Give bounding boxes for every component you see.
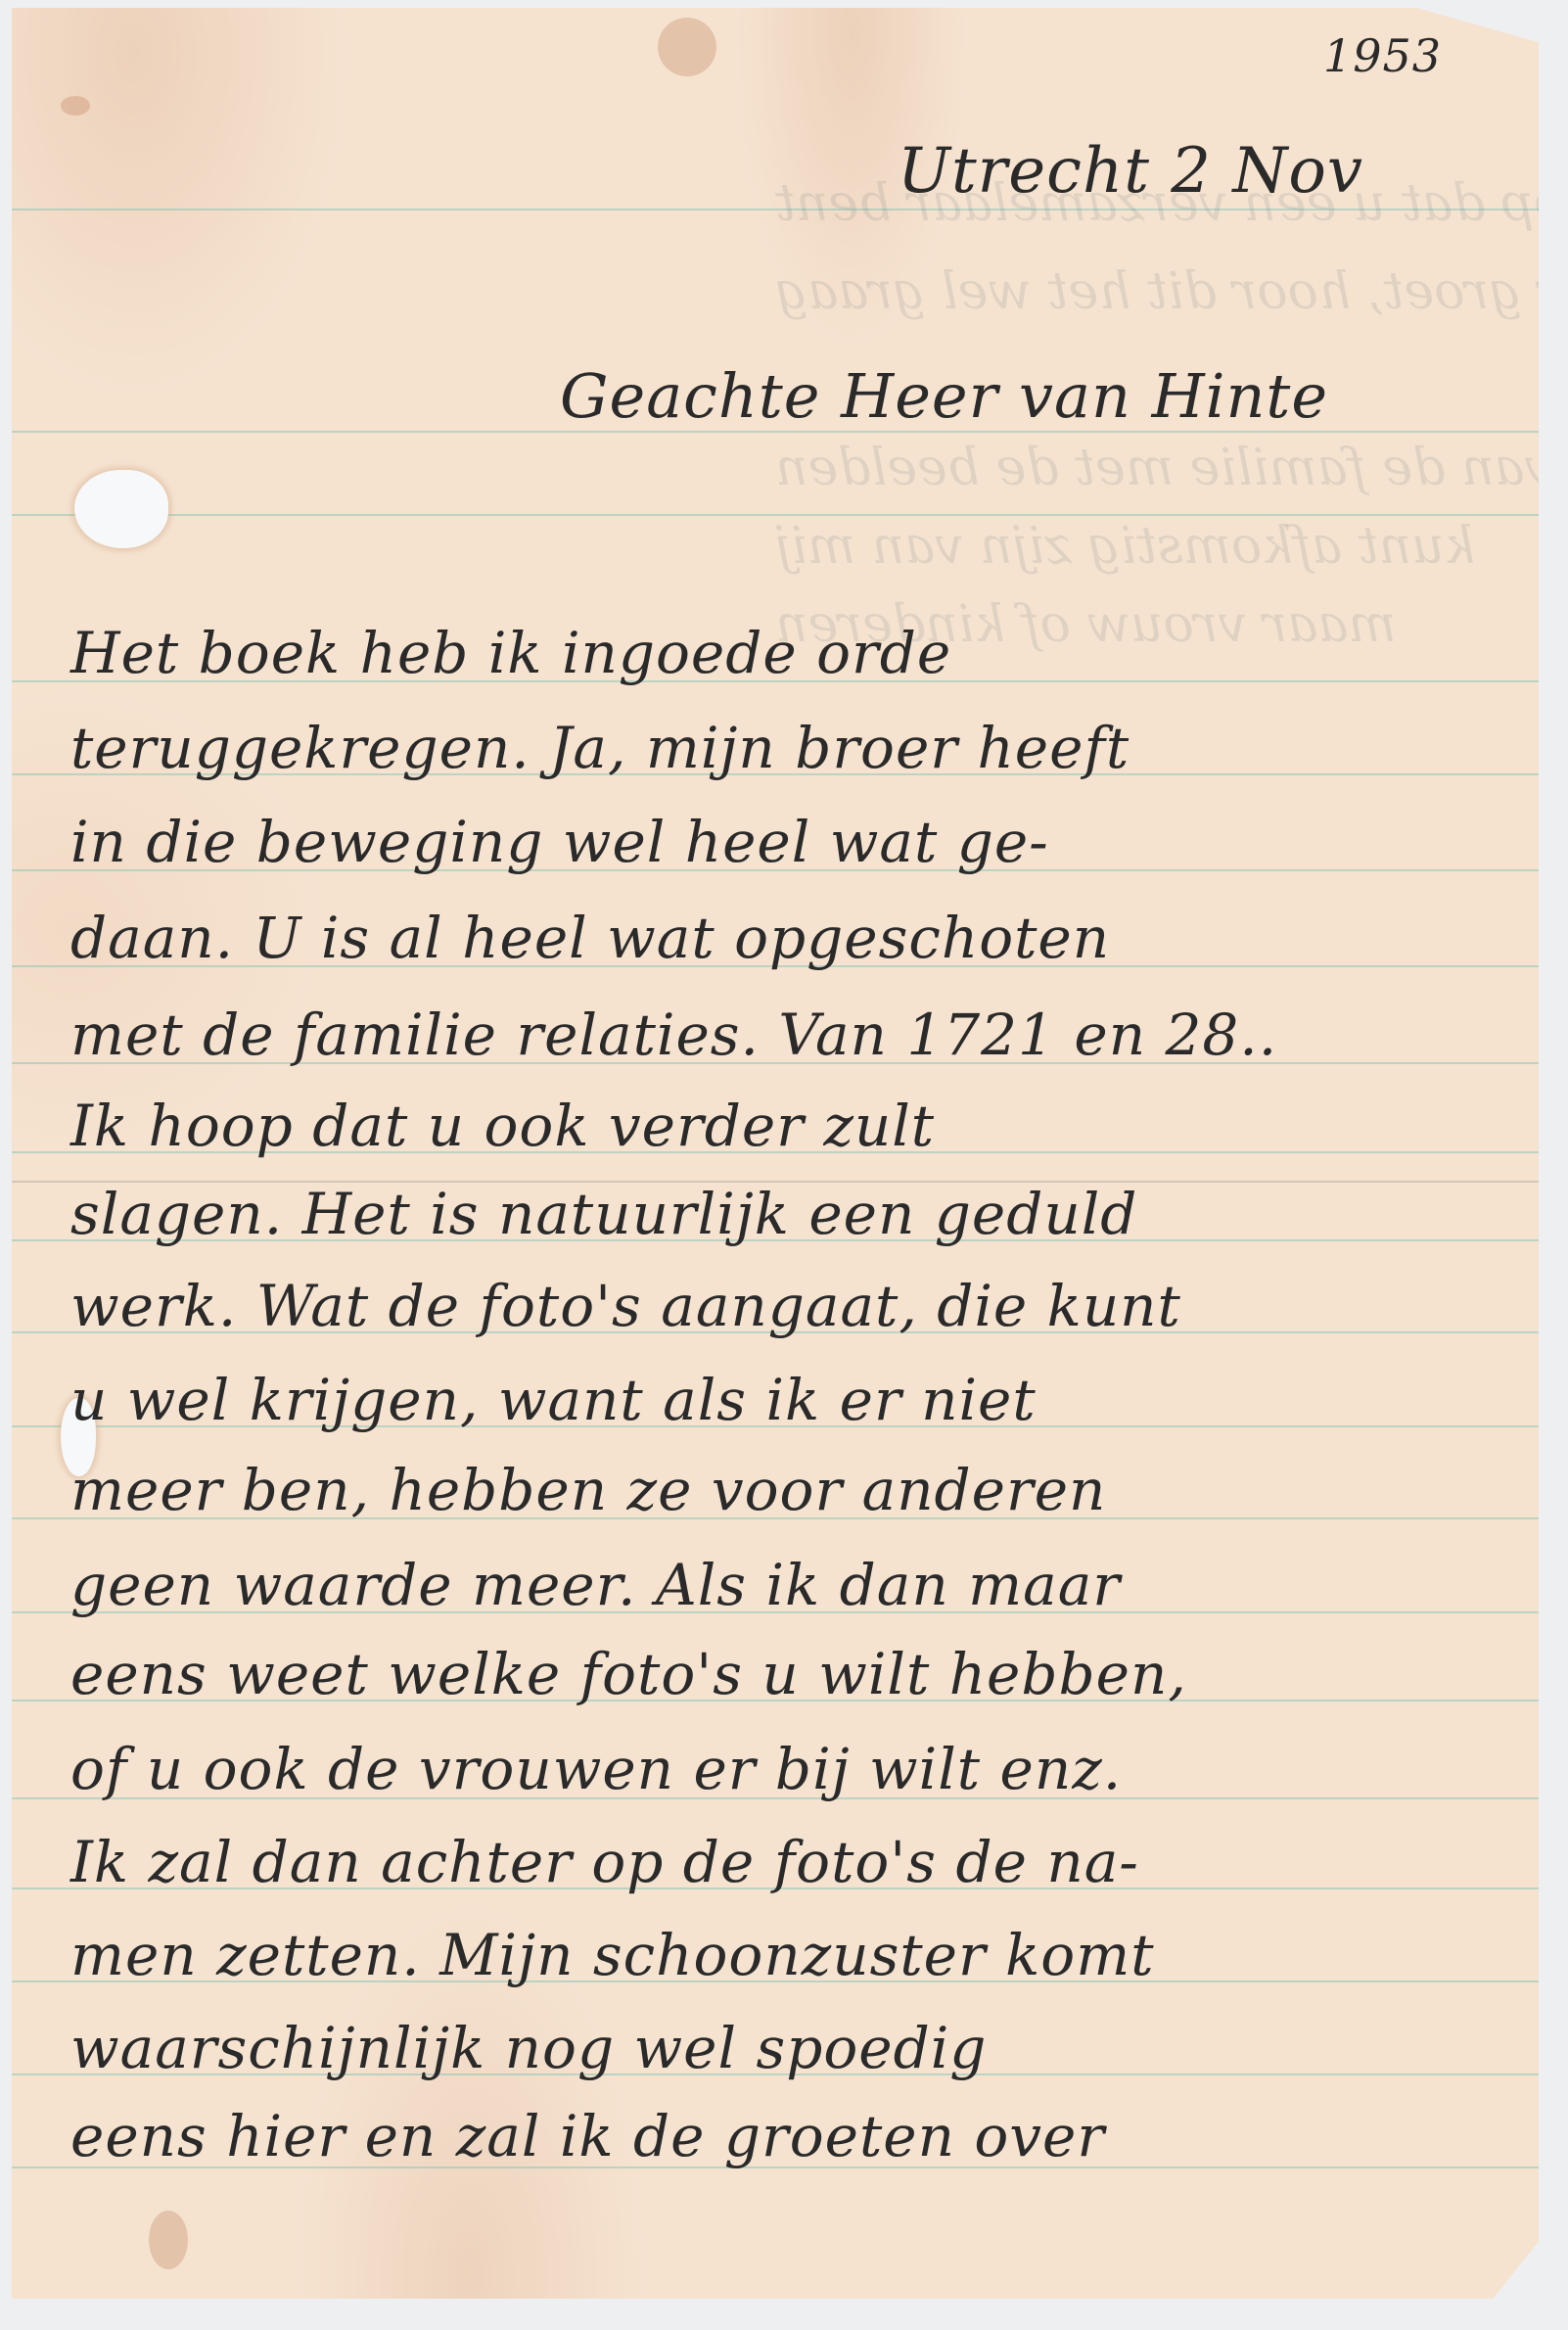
letter-body-line: of u ook de vrouwen er bij wilt enz. (70, 1736, 1122, 1802)
letter-page: hoop dat u een verzamelaar bent maar gro… (12, 8, 1539, 2299)
letter-body-line: met de familie relaties. Van 1721 en 28.… (70, 1002, 1277, 1068)
bleed-through-text: Lijst van de familie met de beelden (775, 439, 1568, 497)
stain (658, 18, 716, 76)
stain (61, 96, 90, 116)
letter-body-line: Ik hoop dat u ook verder zult (70, 1093, 935, 1159)
letter-body-line: teruggekregen. Ja, mijn broer heeft (70, 715, 1130, 781)
letter-body-line: meer ben, hebben ze voor anderen (70, 1457, 1106, 1523)
punch-hole-top (74, 470, 168, 548)
letter-body-line: eens hier en zal ik de groeten over (70, 2103, 1105, 2169)
letter-body-line: slagen. Het is natuurlijk een geduld (70, 1181, 1137, 1247)
letter-place-date: Utrecht 2 Nov (898, 135, 1363, 208)
letter-body-line: u wel krijgen, want als ik er niet (70, 1367, 1037, 1433)
letter-body-line: men zetten. Mijn schoonzuster komt (70, 1922, 1155, 1988)
ruled-line (12, 514, 1539, 516)
letter-body-line: in die beweging wel heel wat ge- (70, 809, 1049, 875)
letter-body-line: waarschijnlijk nog wel spoedig (70, 2015, 987, 2081)
bleed-through-text: kunt afkomstig zijn van mij (775, 517, 1475, 576)
letter-body-line: Het boek heb ik ingoede orde (70, 620, 951, 686)
bleed-through-text: maar groet, hoor dit het wel graag (775, 262, 1568, 321)
letter-body-line: Ik zal dan achter op de foto's de na- (70, 1829, 1139, 1895)
letter-year: 1953 (1323, 29, 1442, 82)
letter-body-line: eens weet welke foto's u wilt hebben, (70, 1641, 1187, 1707)
stain (149, 2211, 188, 2269)
letter-body-line: werk. Wat de foto's aangaat, die kunt (70, 1273, 1181, 1339)
letter-body-line: geen waarde meer. Als ik dan maar (70, 1552, 1121, 1618)
letter-salutation: Geachte Heer van Hinte (560, 360, 1328, 432)
letter-body-line: daan. U is al heel wat opgeschoten (70, 905, 1110, 971)
